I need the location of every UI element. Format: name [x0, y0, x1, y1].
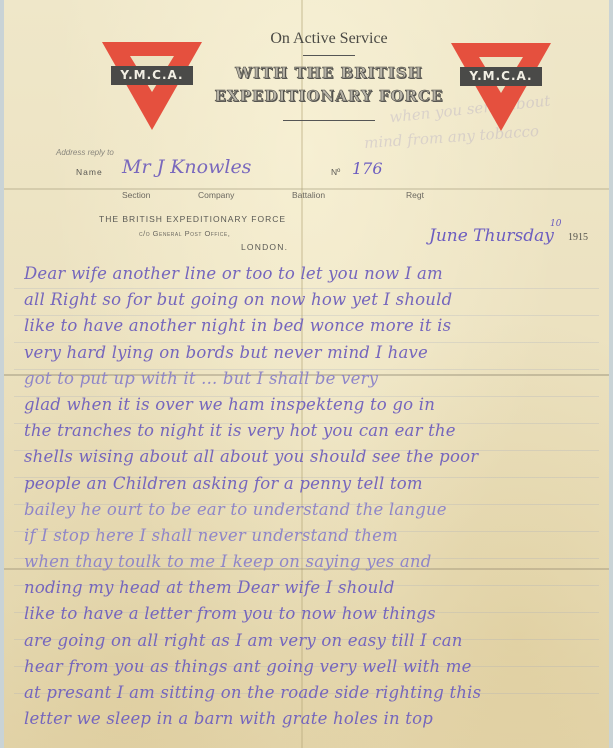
letter-line: Dear wife another line or too to let you… [24, 261, 599, 287]
letter-line: letter we sleep in a barn with grate hol… [24, 706, 599, 732]
number-value: 176 [352, 159, 383, 178]
letter-line: people an Children asking for a penny te… [24, 471, 599, 497]
battalion-label: Battalion [292, 190, 325, 200]
letter-line: all Right so for but going on now how ye… [24, 287, 599, 313]
letter-line: got to put up with it ... but I shall be… [24, 366, 599, 392]
letter-line: when thay toulk to me I keep on saying y… [24, 549, 599, 575]
letter-line: noding my head at them Dear wife I shoul… [24, 575, 599, 601]
date-year: 1915 [568, 232, 588, 243]
letter-line: like to have a letter from you to now ho… [24, 601, 599, 627]
on-active-service-label: On Active Service [209, 30, 449, 48]
printed-address-line-1: THE BRITISH EXPEDITIONARY FORCE [99, 214, 286, 224]
number-label: Nº [331, 167, 340, 177]
letterhead-heading: On Active Service WITH THE BRITISH EXPED… [209, 30, 449, 121]
company-label: Company [198, 190, 234, 200]
printed-address-line-3: LONDON. [241, 242, 288, 252]
title-line-1: WITH THE BRITISH [209, 62, 449, 85]
letter-line: glad when it is over we ham inspekteng t… [24, 392, 599, 418]
divider [303, 55, 355, 56]
letter-line: very hard lying on bords but never mind … [24, 340, 599, 366]
letter-line: bailey he ourt to be ear to understand t… [24, 497, 599, 523]
title-line-2: EXPEDITIONARY FORCE [209, 85, 449, 108]
ymca-logo-right: Y.M.C.A. [451, 43, 551, 131]
name-label: Name [76, 167, 103, 177]
date-day: 10 [550, 219, 561, 229]
ymca-badge: Y.M.C.A. [460, 67, 542, 86]
regiment-label: Regt [406, 190, 424, 200]
section-label: Section [122, 190, 150, 200]
letter-line: shells wising about all about you should… [24, 444, 599, 470]
letter-sheet: when you send about mind from any tobacc… [4, 0, 609, 748]
red-triangle-icon [102, 42, 202, 130]
letter-line: the tranches to night it is very hot you… [24, 418, 599, 444]
name-value: Mr J Knowles [122, 156, 251, 178]
letter-line: are going on all right as I am very on e… [24, 628, 599, 654]
letter-line: if I stop here I shall never understand … [24, 523, 599, 549]
letter-body: Dear wife another line or too to let you… [24, 261, 599, 732]
letter-line: like to have another night in bed wonce … [24, 313, 599, 339]
ymca-badge: Y.M.C.A. [111, 66, 193, 85]
letter-line: at presant I am sitting on the roade sid… [24, 680, 599, 706]
ymca-logo-left: Y.M.C.A. [102, 42, 202, 130]
red-triangle-icon [451, 43, 551, 131]
address-reply-label: Address reply to [56, 148, 114, 157]
date-handwritten: June Thursday [429, 226, 554, 246]
printed-address-line-2: c/o General Post Office, [139, 229, 230, 238]
letter-line: hear from you as things ant going very w… [24, 654, 599, 680]
divider [283, 120, 375, 121]
